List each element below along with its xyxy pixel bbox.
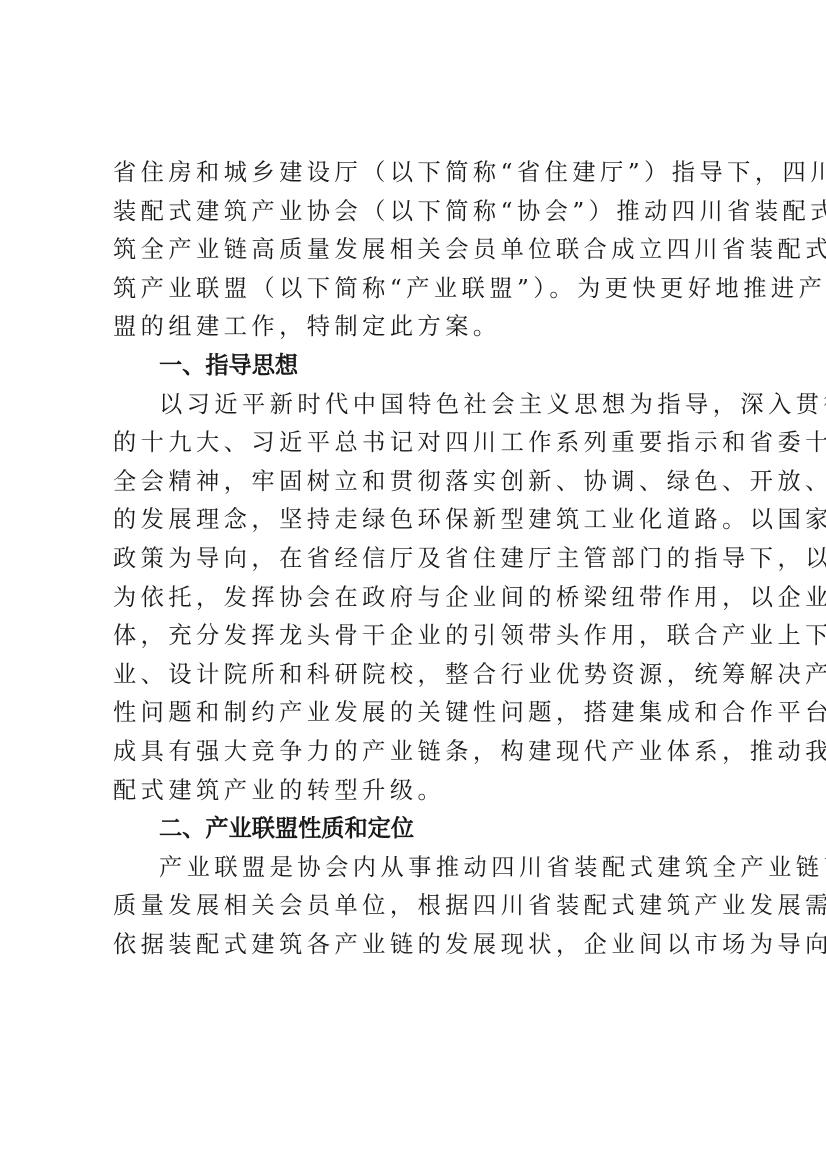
- intro-paragraph: 省住房和城乡建设厅（以下简称“省住建厅”）指导下，四川省 装配式建筑产业协会（以…: [113, 154, 725, 347]
- text-line: 筑产业联盟（以下简称“产业联盟”）。为更快更好地推进产业联: [113, 270, 725, 309]
- text-line: 为依托，发挥协会在政府与企业间的桥梁纽带作用，以企业为主: [113, 579, 725, 618]
- text-line: 省住房和城乡建设厅（以下简称“省住建厅”）指导下，四川省: [113, 154, 725, 193]
- text-line: 体，充分发挥龙头骨干企业的引领带头作用，联合产业上下游企: [113, 617, 725, 656]
- text-line: 以习近平新时代中国特色社会主义思想为指导，深入贯彻党: [113, 386, 725, 425]
- text-line: 质量发展相关会员单位，根据四川省装配式建筑产业发展需要，: [113, 887, 725, 926]
- document-page: 省住房和城乡建设厅（以下简称“省住建厅”）指导下，四川省 装配式建筑产业协会（以…: [113, 154, 725, 964]
- text-line: 装配式建筑产业协会（以下简称“协会”）推动四川省装配式建: [113, 193, 725, 232]
- text-line: 成具有强大竞争力的产业链条，构建现代产业体系，推动我省装: [113, 733, 725, 772]
- text-line: 盟的组建工作，特制定此方案。: [113, 308, 725, 347]
- text-line: 业、设计院所和科研院校，整合行业优势资源，统筹解决产业共: [113, 656, 725, 695]
- section-heading-guiding-ideology: 一、指导思想: [113, 347, 725, 386]
- alliance-nature-paragraph: 产业联盟是协会内从事推动四川省装配式建筑全产业链高 质量发展相关会员单位，根据四…: [113, 849, 725, 965]
- text-line: 全会精神，牢固树立和贯彻落实创新、协调、绿色、开放、共享: [113, 463, 725, 502]
- text-line: 性问题和制约产业发展的关键性问题，搭建集成和合作平台，形: [113, 694, 725, 733]
- text-line: 的十九大、习近平总书记对四川工作系列重要指示和省委十一届: [113, 424, 725, 463]
- text-line: 产业联盟是协会内从事推动四川省装配式建筑全产业链高: [113, 849, 725, 888]
- text-line: 依据装配式建筑各产业链的发展现状，企业间以市场为导向，自: [113, 926, 725, 965]
- section-heading-alliance-nature: 二、产业联盟性质和定位: [113, 810, 725, 849]
- text-line: 筑全产业链高质量发展相关会员单位联合成立四川省装配式建: [113, 231, 725, 270]
- text-line: 的发展理念，坚持走绿色环保新型建筑工业化道路。以国家产业: [113, 501, 725, 540]
- text-line: 政策为导向，在省经信厅及省住建厅主管部门的指导下，以协会: [113, 540, 725, 579]
- text-line: 配式建筑产业的转型升级。: [113, 772, 725, 811]
- guiding-ideology-paragraph: 以习近平新时代中国特色社会主义思想为指导，深入贯彻党 的十九大、习近平总书记对四…: [113, 386, 725, 811]
